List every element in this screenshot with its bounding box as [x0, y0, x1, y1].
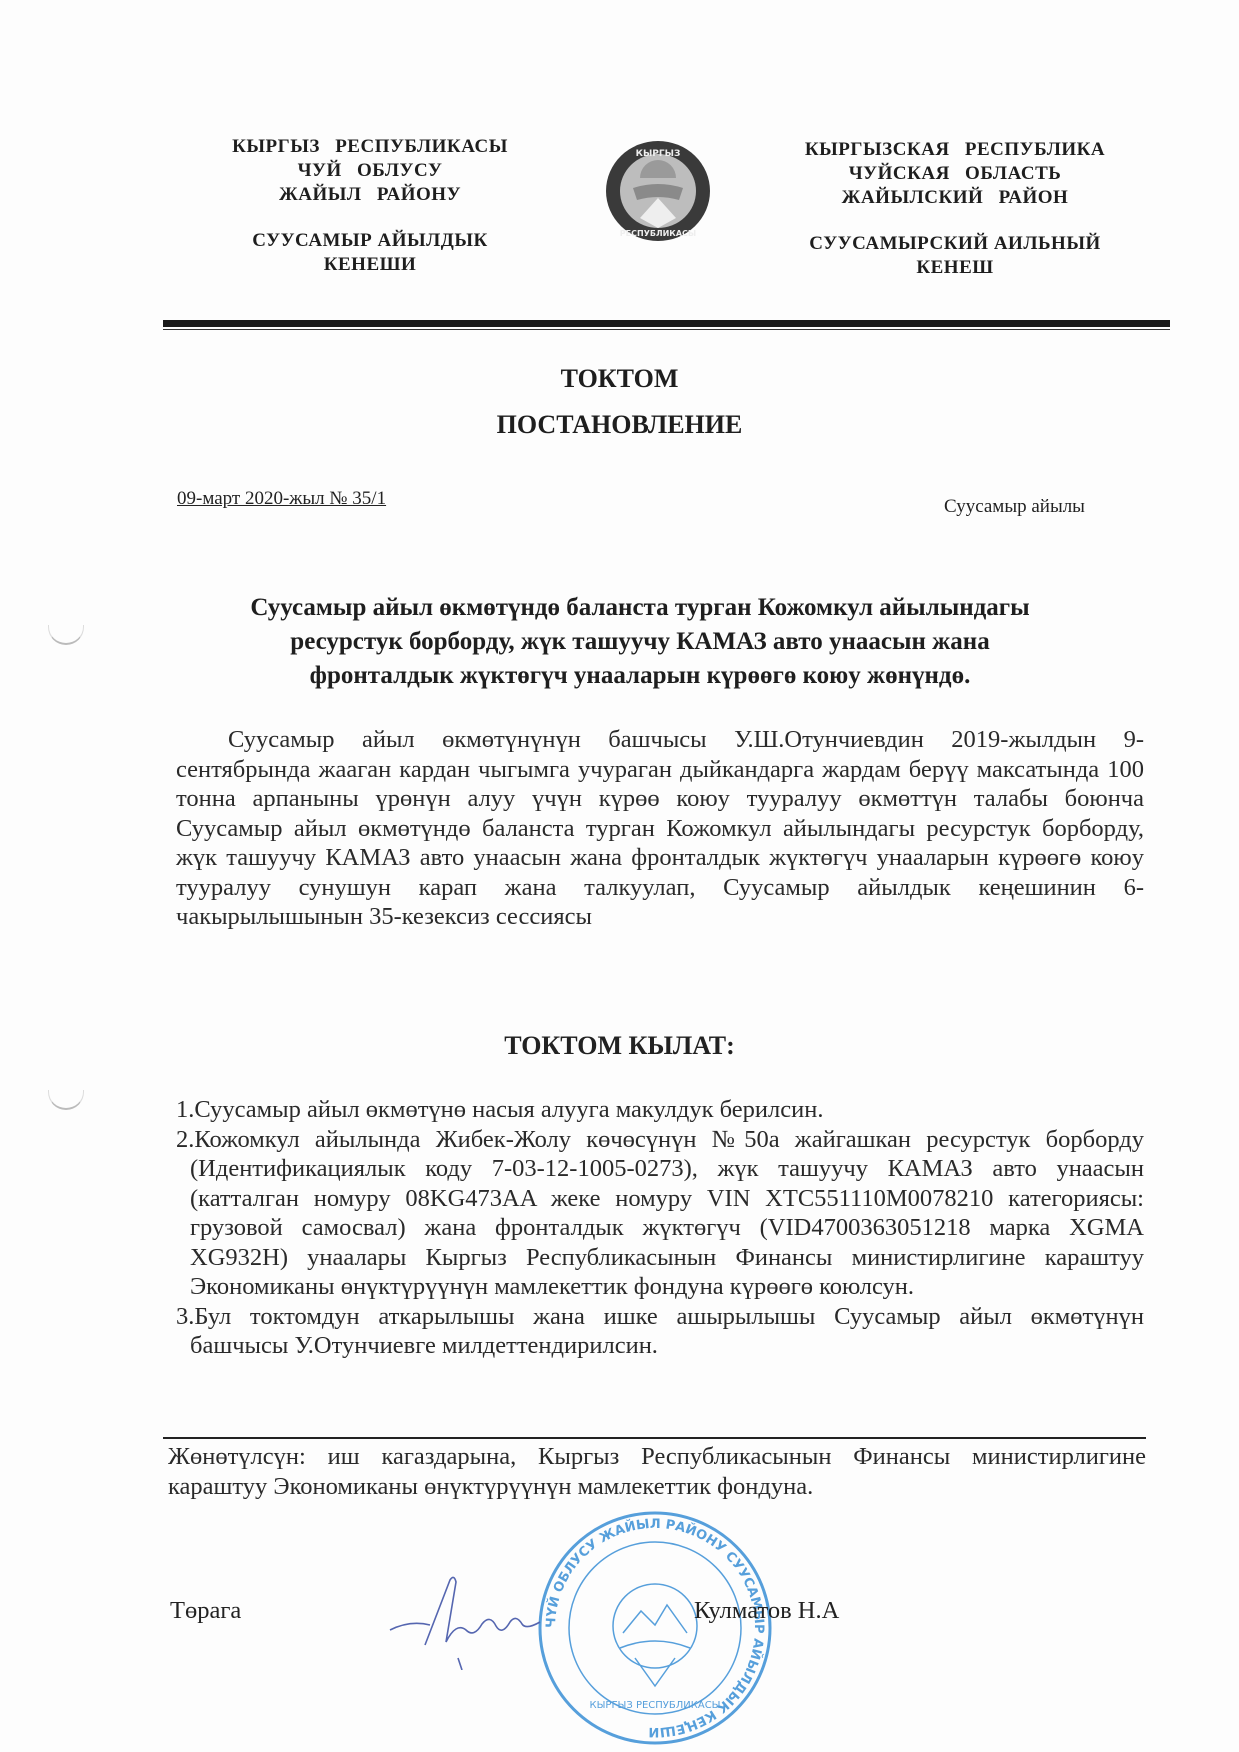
footer-divider [163, 1437, 1146, 1439]
svg-text:РЕСПУБЛИКАСЫ: РЕСПУБЛИКАСЫ [620, 229, 696, 238]
subject-line: фронталдык жүктөгүч унааларын күрөөгө ко… [190, 659, 1090, 693]
subject-line: Суусамыр айыл өкмөтүндө баланста турган … [190, 591, 1090, 625]
header-left-line: КЫРГЫЗ РЕСПУБЛИКАСЫ [205, 135, 535, 159]
document-date-number: 09-март 2020-жыл № 35/1 [177, 488, 386, 510]
punch-hole-mark [48, 625, 84, 645]
preamble-paragraph: Суусамыр айыл өкмөтүнүнүн башчысы У.Ш.От… [176, 725, 1144, 932]
resolution-items: 1.Суусамыр айыл өкмөтүнө насыя алууга ма… [176, 1095, 1144, 1361]
header-right-org: КЕНЕШ [775, 256, 1135, 280]
title-kyrgyz: ТОКТОМ [0, 364, 1239, 394]
header-left-org: СУУСАМЫР АЙЫЛДЫК [205, 229, 535, 253]
subject-line: ресурстук борборду, жүк ташуучу КАМАЗ ав… [190, 625, 1090, 659]
document-place: Суусамыр айылы [944, 496, 1085, 518]
header-right-line: ЖАЙЫЛСКИЙ РАЙОН [775, 186, 1135, 210]
header-divider [163, 320, 1170, 327]
resolution-item: 2.Кожомкул айылында Жибек-Жолу көчөсүнүн… [176, 1125, 1144, 1302]
distribution-note: Жөнөтүлсүн: иш кагаздарына, Кыргыз Респу… [168, 1442, 1146, 1501]
resolve-heading: ТОКТОМ КЫЛАТ: [0, 1031, 1239, 1061]
punch-hole-mark [48, 1090, 84, 1110]
handwritten-signature-icon [380, 1570, 600, 1670]
header-left-line: ЧУЙ ОБЛУСУ [205, 159, 535, 183]
svg-text:КЫРГЫЗ РЕСПУБЛИКАСЫ: КЫРГЫЗ РЕСПУБЛИКАСЫ [589, 1700, 720, 1711]
header-right: КЫРГЫЗСКАЯ РЕСПУБЛИКА ЧУЙСКАЯ ОБЛАСТЬ ЖА… [775, 138, 1135, 280]
header-right-org: СУУСАМЫРСКИЙ АИЛЬНЫЙ [775, 232, 1135, 256]
header-left-line: ЖАЙЫЛ РАЙОНУ [205, 183, 535, 207]
resolution-item: 3.Бул токтомдун аткарылышы жана ишке ашы… [176, 1302, 1144, 1361]
header-divider-thin [163, 329, 1170, 330]
header-right-line: ЧУЙСКАЯ ОБЛАСТЬ [775, 162, 1135, 186]
title-russian: ПОСТАНОВЛЕНИЕ [0, 410, 1239, 440]
signatory-role: Төрага [170, 1597, 241, 1625]
header-left: КЫРГЫЗ РЕСПУБЛИКАСЫ ЧУЙ ОБЛУСУ ЖАЙЫЛ РАЙ… [205, 135, 535, 277]
header-right-line: КЫРГЫЗСКАЯ РЕСПУБЛИКА [775, 138, 1135, 162]
header-left-org: КЕНЕШИ [205, 253, 535, 277]
document-subject: Суусамыр айыл өкмөтүндө баланста турган … [190, 591, 1090, 693]
resolution-item: 1.Суусамыр айыл өкмөтүнө насыя алууга ма… [176, 1095, 1144, 1125]
signatory-name: Кулматов Н.А [694, 1597, 839, 1625]
svg-text:КЫРГЫЗ: КЫРГЫЗ [636, 149, 681, 159]
state-emblem-icon: КЫРГЫЗ РЕСПУБЛИКАСЫ [603, 138, 713, 244]
